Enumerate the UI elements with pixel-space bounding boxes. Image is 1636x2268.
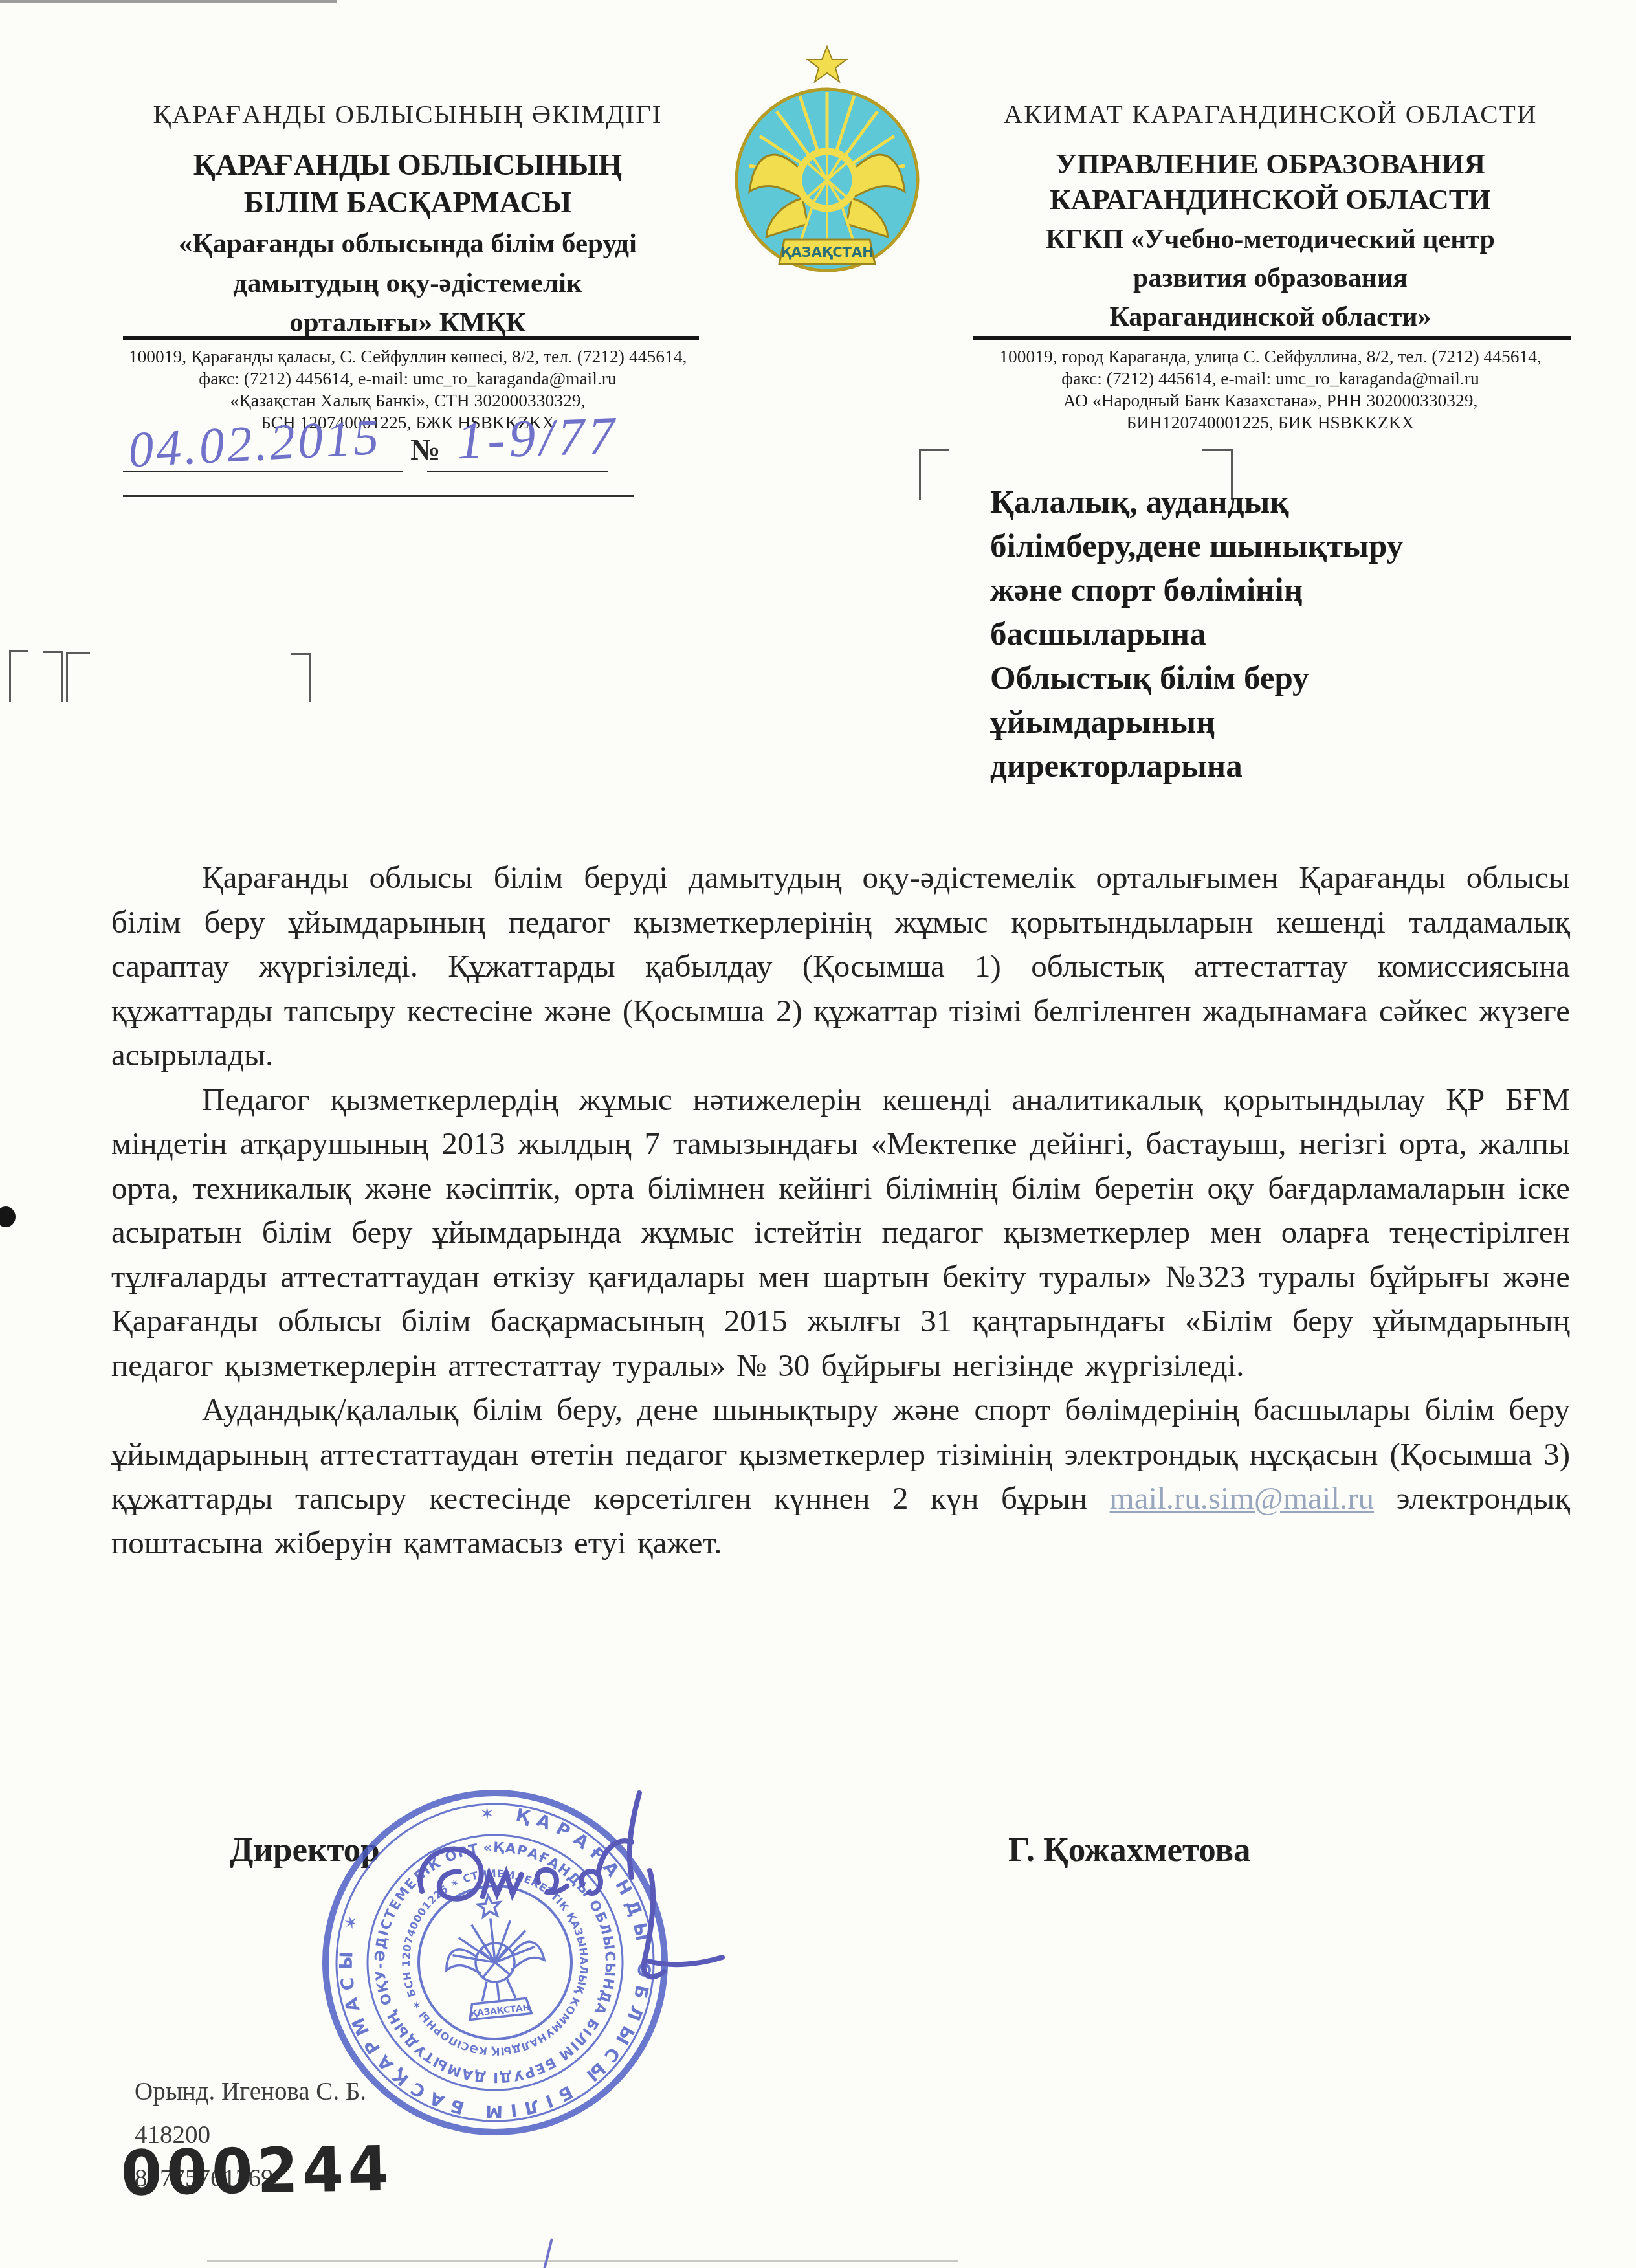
signer-name: Г. Қожахметова [1008,1830,1251,1869]
document-serial-stamp: 000244 [120,2133,394,2210]
contact-line: «Қазақстан Халық Банкі», СТН 30200033032… [97,390,718,412]
addressee-line: білімберу,дене шынықтыру [990,524,1586,568]
org-department-ru-1: УПРАВЛЕНИЕ ОБРАЗОВАНИЯ [963,146,1578,182]
corner-mark [9,650,28,702]
header-kazakh: ҚАРАҒАНДЫ ОБЛЫСЫНЫҢ ӘКІМДІГІ ҚАРАҒАНДЫ О… [97,98,718,340]
org-center-ru-2: развития образования [963,261,1578,295]
corner-mark [66,652,90,702]
org-center-kk-2: дамытудың оқу-әдістемелік [97,266,718,300]
addressee-line: ұйымдарының [990,700,1586,744]
org-department-kk-2: БІЛІМ БАСҚАРМАСЫ [97,184,718,221]
org-center-kk-3: орталығы» КМҚК [97,306,718,340]
paragraph-3: Аудандық/қалалық білім беру, дене шынықт… [111,1388,1570,1565]
org-center-kk-1: «Қарағанды облысында білім беруді [97,227,718,261]
email-link: mail.ru.sim@mail.ru [1110,1480,1375,1516]
ink-stray-mark [543,2238,553,2268]
scan-edge-artifact [0,0,337,3]
date-underline [123,471,403,472]
emblem-star [808,47,846,82]
paragraph-2: Педагог қызметкерлердің жұмыс нәтижелері… [111,1078,1570,1388]
kazakhstan-emblem-icon: ҚАЗАҚСТАН [730,43,924,290]
corner-mark [43,651,63,702]
header-divider-right [973,336,1571,340]
letter-body: Қарағанды облысы білім беруді дамытудың … [111,856,1570,1565]
handwritten-date: 04.02.2015 [127,408,382,479]
handwritten-ref-number: 1-9/77 [456,405,619,472]
org-akimat-kk: ҚАРАҒАНДЫ ОБЛЫСЫНЫҢ ӘКІМДІГІ [97,98,718,129]
contact-line: факс: (7212) 445614, e-mail: umc_ro_kara… [963,368,1578,390]
executor-name: Орынд. Игенова С. Б. [135,2070,366,2113]
ink-blot [0,1206,16,1227]
contact-line: факс: (7212) 445614, e-mail: umc_ro_kara… [97,368,718,390]
emblem-label: ҚАЗАҚСТАН [780,245,874,260]
scan-edge-artifact [207,2260,958,2262]
addressee-line: Қалалық, аудандық [990,480,1586,524]
org-department-kk-1: ҚАРАҒАНДЫ ОБЛЫСЫНЫҢ [97,146,718,184]
contact-line: АО «Народный Банк Казахстана», РНН 30200… [963,390,1578,412]
corner-mark [919,449,949,500]
org-center-ru-1: КГКП «Учебно-методический центр [963,223,1578,256]
org-akimat-ru: АКИМАТ КАРАГАНДИНСКОЙ ОБЛАСТИ [963,98,1578,129]
addressee-line: басшыларына [990,612,1586,656]
header-russian: АКИМАТ КАРАГАНДИНСКОЙ ОБЛАСТИ УПРАВЛЕНИЕ… [963,98,1578,334]
addressee-block: Қалалық, аудандық білімберу,дене шынықты… [990,480,1586,788]
reference-second-line [123,495,634,497]
number-sign: № [410,432,440,467]
org-center-ru-3: Карагандинской области» [963,300,1578,334]
paragraph-1: Қарағанды облысы білім беруді дамытудың … [111,856,1570,1078]
handwritten-signature [388,1788,790,1995]
corner-mark [291,653,311,702]
header-divider-left [123,336,699,340]
addressee-line: және спорт бөлімінің [990,568,1586,612]
contact-line: БИН120740001225, БИК HSBKKZKX [963,412,1578,434]
org-department-ru-2: КАРАГАНДИНСКОЙ ОБЛАСТИ [963,182,1578,217]
scanned-letter-page: ҚАРАҒАНДЫ ОБЛЫСЫНЫҢ ӘКІМДІГІ ҚАРАҒАНДЫ О… [0,0,1636,2268]
contacts-russian: 100019, город Караганда, улица С. Сейфул… [963,346,1578,434]
contact-line: 100019, Қарағанды қаласы, С. Сейфуллин к… [97,346,718,368]
addressee-line: директорларына [990,744,1586,788]
contact-line: 100019, город Караганда, улица С. Сейфул… [963,346,1578,368]
addressee-line: Облыстық білім беру [990,656,1586,700]
number-underline [427,471,608,472]
